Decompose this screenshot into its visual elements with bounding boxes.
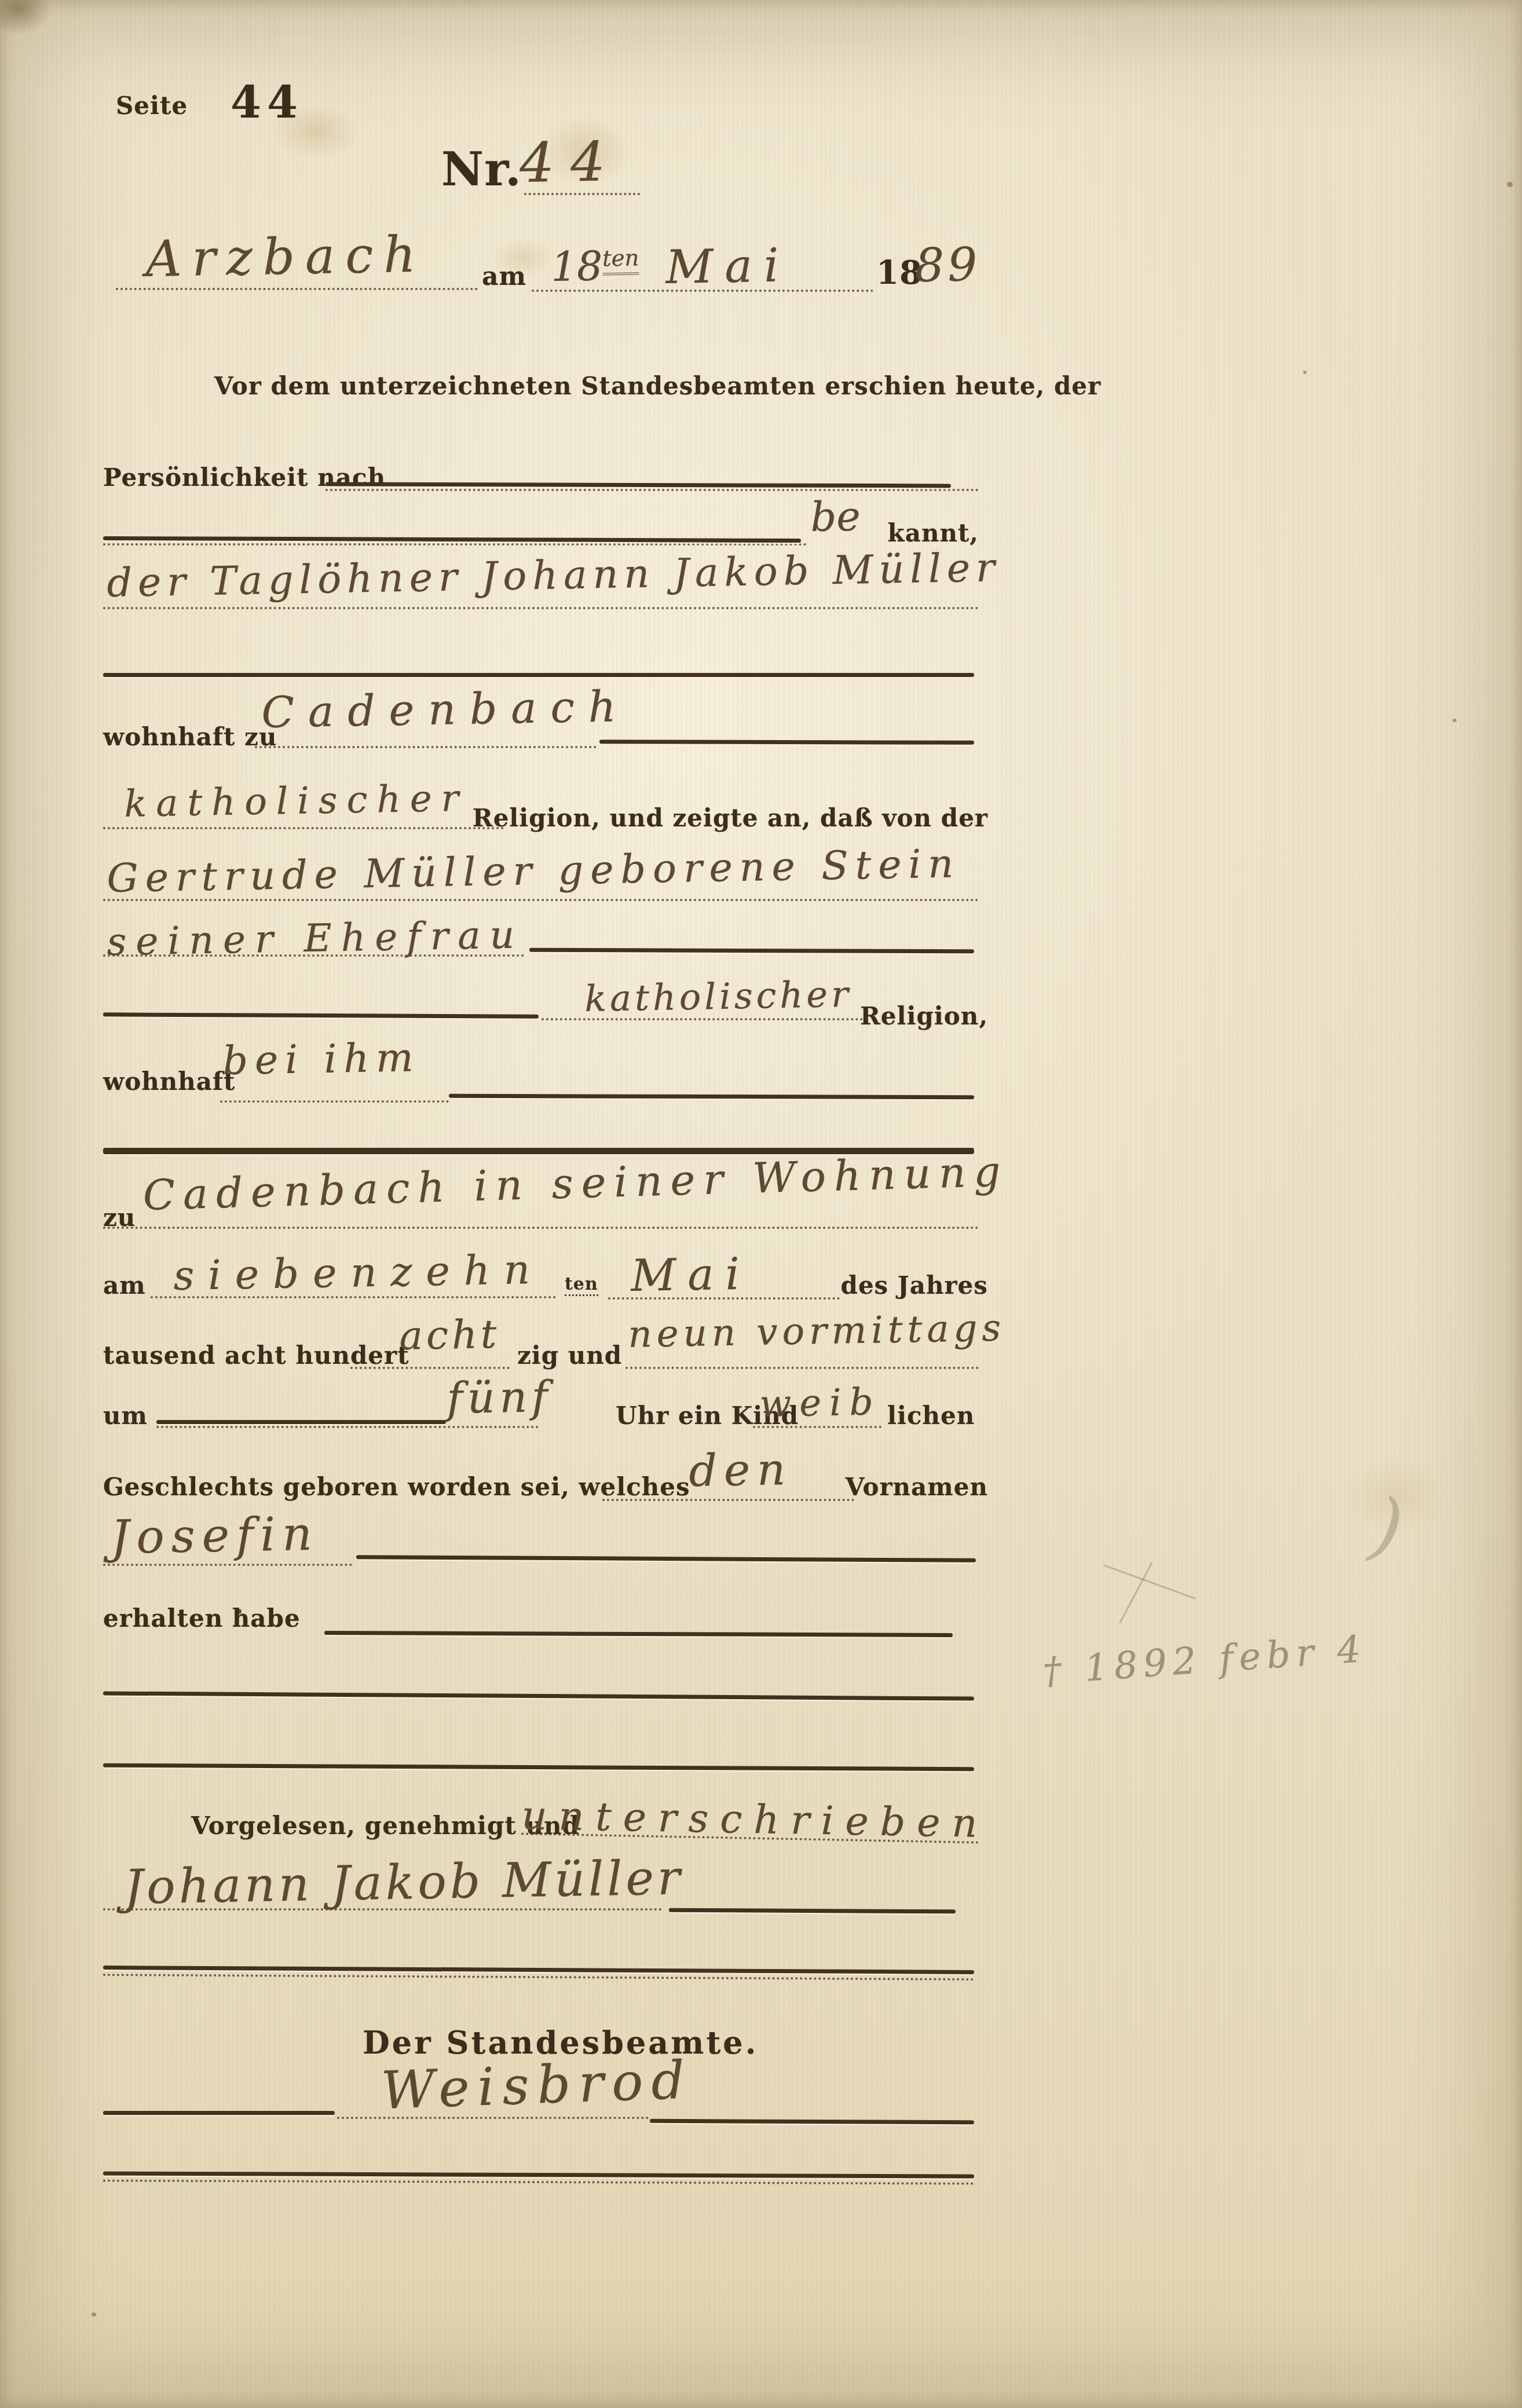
- dateline-dots: [532, 290, 873, 292]
- strike-rule: [156, 1420, 446, 1424]
- nr-blank-dots: [524, 193, 640, 195]
- strike-rule: [529, 948, 974, 954]
- hw-religion-mother: katholischer: [584, 973, 852, 1020]
- blank-dots: [103, 1908, 662, 1911]
- tausend-label: tausend acht hundert: [103, 1341, 409, 1370]
- page-number-stamp: 44: [231, 76, 303, 128]
- dateline-dots: [116, 288, 478, 290]
- hw-religion-declarant: katholischer: [124, 777, 469, 826]
- persoenlichkeit-label: Persönlichkeit nach: [103, 463, 386, 492]
- date-day-number: 18: [551, 242, 603, 291]
- strike-rule: [103, 1763, 974, 1772]
- um-label: um: [103, 1401, 148, 1430]
- strike-rule: [449, 1094, 974, 1099]
- am2-label: am: [103, 1271, 146, 1300]
- strike-rule: [103, 673, 974, 677]
- wohnhaft-label: wohnhaft: [103, 1067, 235, 1096]
- blank-dots: [325, 489, 979, 491]
- strike-rule: [650, 2119, 974, 2124]
- strike-rule: [103, 1691, 974, 1700]
- hw-be: be: [810, 493, 861, 541]
- strike-rule: [103, 1012, 539, 1018]
- blank-dots: [350, 1367, 510, 1369]
- blank-dots: [103, 1227, 979, 1229]
- blank-dots: [625, 1367, 979, 1369]
- hw-birth-month: Mai: [630, 1247, 751, 1301]
- hw-birth-day: siebenzehn: [173, 1246, 544, 1300]
- hw-birthplace: Cadenbach in seiner Wohnung: [142, 1147, 1009, 1220]
- nr-value-handwritten: 44: [519, 130, 622, 195]
- blank-dots: [608, 1297, 840, 1300]
- blank-dots: [156, 1426, 539, 1428]
- zig-und-label: zig und: [517, 1341, 622, 1370]
- seite-label: Seite: [116, 92, 188, 120]
- blank-dots: [753, 1426, 881, 1428]
- kannt-label: kannt,: [888, 519, 979, 547]
- ten-label: ten: [565, 1274, 598, 1296]
- pencil-cross-mark: [1103, 1564, 1197, 1600]
- hw-den: den: [688, 1443, 792, 1496]
- date-month-handwritten: Mai: [665, 238, 791, 294]
- year-handwritten: 89: [914, 237, 980, 292]
- strike-rule: [325, 482, 951, 488]
- hw-residence: Cadenbach: [261, 682, 630, 738]
- pencil-cross-mark: [1119, 1561, 1153, 1623]
- religion-label: Religion,: [860, 1002, 988, 1030]
- paper-speck: [1303, 371, 1307, 374]
- hw-acht: acht: [399, 1312, 500, 1359]
- date-day-handwritten: 18ten: [551, 241, 640, 291]
- pencil-death-note: † 1892 febr 4: [1041, 1628, 1368, 1693]
- nr-label: Nr.: [441, 142, 522, 196]
- strike-rule: [599, 740, 974, 745]
- hw-hour: fünf: [446, 1372, 553, 1423]
- divider-dots: [103, 1974, 974, 1981]
- erhalten-label: erhalten habe: [103, 1604, 301, 1633]
- bottom-rule: [103, 2171, 974, 2178]
- hw-signature-declarant: Johann Jakob Müller: [123, 1850, 683, 1915]
- des-jahres-label: des Jahres: [841, 1271, 988, 1300]
- geschlechts-label: Geschlechts geboren worden sei, welches: [103, 1473, 690, 1501]
- strike-rule: [324, 1631, 953, 1637]
- blank-dots: [337, 2117, 649, 2119]
- blank-dots: [103, 607, 979, 609]
- paper-speck: [92, 2312, 96, 2316]
- divider-rule: [103, 1966, 974, 1974]
- place-handwritten: Arzbach: [145, 226, 426, 288]
- civil-registry-birth-record-page: Seite 44 Nr. 44 Arzbach am 18ten Mai 18 …: [0, 0, 1522, 2408]
- paper-speck: [1507, 182, 1513, 187]
- am-label: am: [482, 262, 526, 291]
- blank-dots: [103, 827, 504, 829]
- hw-child-name: Josefin: [110, 1507, 319, 1564]
- blank-dots: [103, 954, 524, 957]
- date-day-suffix: ten: [602, 245, 639, 275]
- blank-dots: [103, 1564, 352, 1566]
- blank-dots: [103, 899, 979, 901]
- strike-rule: [103, 2111, 335, 2115]
- hw-gender: weib: [759, 1381, 881, 1426]
- blank-dots: [602, 1499, 854, 1501]
- vornamen-label: Vornamen: [846, 1473, 988, 1501]
- wohnhaft-zu-label: wohnhaft zu: [103, 723, 277, 751]
- blank-dots: [542, 1018, 863, 1020]
- hw-declarant: der Taglöhner Johann Jakob Müller: [107, 545, 1001, 606]
- blank-dots: [220, 1100, 449, 1103]
- blank-dots: [103, 543, 807, 546]
- hw-neun: neun vormittags: [628, 1307, 1006, 1356]
- intro-line: Vor dem unterzeichneten Standesbeamten e…: [214, 372, 1101, 400]
- strike-rule: [356, 1555, 976, 1562]
- strike-rule: [669, 1908, 956, 1914]
- bottom-rule-dots: [103, 2179, 974, 2184]
- blank-dots: [255, 746, 597, 748]
- hw-signature-registrar: Weisbrod: [380, 2050, 693, 2121]
- pencil-paren-mark: ): [1365, 1481, 1409, 1572]
- paper-speck: [1453, 719, 1457, 722]
- paper-stain: [0, 0, 52, 35]
- strike-rule: [103, 536, 801, 543]
- lichen-label: lichen: [887, 1401, 975, 1430]
- religion-line-label: Religion, und zeigte an, daß von der: [473, 804, 988, 832]
- hw-mother: Gertrude Müller geborene Stein: [107, 841, 961, 902]
- hw-bei-ihm: bei ihm: [222, 1035, 420, 1084]
